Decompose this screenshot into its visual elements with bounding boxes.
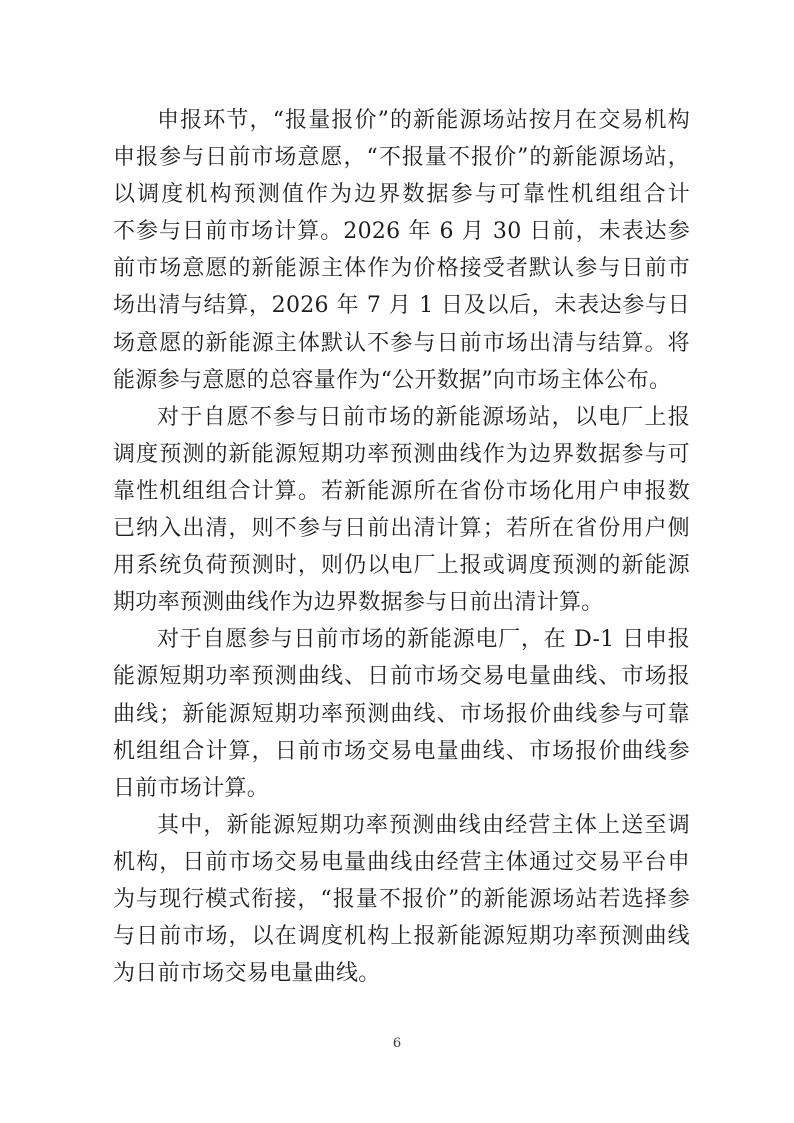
paragraph-1-line: 申报环节，“报量报价”的新能源场站按月在交易机构 <box>113 102 690 139</box>
paragraph-1-line: 场出清与结算，2026 年 7 月 1 日及以后，未表达参与日前市 <box>113 287 690 324</box>
paragraph-2-line: 期功率预测曲线作为边界数据参与日前出清计算。 <box>113 584 690 621</box>
paragraph-4-line: 为日前市场交易电量曲线。 <box>113 955 690 992</box>
paragraph-3-line: 能源短期功率预测曲线、日前市场交易电量曲线、市场报价 <box>113 658 690 695</box>
paragraph-3-line: 机组组合计算，日前市场交易电量曲线、市场报价曲线参与 <box>113 733 690 770</box>
document-page: 申报环节，“报量报价”的新能源场站按月在交易机构 申报参与日前市场意愿，“不报量… <box>0 0 794 1123</box>
paragraph-4-line: 与日前市场，以在调度机构上报新能源短期功率预测曲线作 <box>113 918 690 955</box>
paragraph-1-line: 前市场意愿的新能源主体作为价格接受者默认参与日前市 <box>113 250 690 287</box>
paragraph-4-line: 机构，日前市场交易电量曲线由经营主体通过交易平台申报。 <box>113 844 690 881</box>
paragraph-2-line: 调度预测的新能源短期功率预测曲线作为边界数据参与可 <box>113 436 690 473</box>
paragraph-2-line: 用系统负荷预测时，则仍以电厂上报或调度预测的新能源短 <box>113 547 690 584</box>
paragraph-1-line: 能源参与意愿的总容量作为“公开数据”向市场主体公布。 <box>113 362 690 399</box>
paragraph-2-line: 靠性机组组合计算。若新能源所在省份市场化用户申报数据 <box>113 473 690 510</box>
paragraph-2-line: 对于自愿不参与日前市场的新能源场站，以电厂上报或 <box>113 399 690 436</box>
paragraph-4-line: 其中，新能源短期功率预测曲线由经营主体上送至调度 <box>113 807 690 844</box>
paragraph-3-line: 曲线；新能源短期功率预测曲线、市场报价曲线参与可靠性 <box>113 696 690 733</box>
document-body: 申报环节，“报量报价”的新能源场站按月在交易机构 申报参与日前市场意愿，“不报量… <box>113 102 690 992</box>
paragraph-1-line: 场意愿的新能源主体默认不参与日前市场出清与结算。将新 <box>113 325 690 362</box>
paragraph-1-line: 申报参与日前市场意愿，“不报量不报价”的新能源场站， <box>113 139 690 176</box>
paragraph-1-line: 不参与日前市场计算。2026 年 6 月 30 日前，未表达参与日 <box>113 213 690 250</box>
paragraph-2-line: 已纳入出清，则不参与日前出清计算；若所在省份用户侧采 <box>113 510 690 547</box>
page-number: 6 <box>393 1036 401 1051</box>
paragraph-4-line: 为与现行模式衔接，“报量不报价”的新能源场站若选择参 <box>113 881 690 918</box>
page-footer: 6 <box>0 1036 794 1051</box>
paragraph-1-line: 以调度机构预测值作为边界数据参与可靠性机组组合计算， <box>113 176 690 213</box>
paragraph-3-line: 日前市场计算。 <box>113 770 690 807</box>
paragraph-3-line: 对于自愿参与日前市场的新能源电厂，在 D-1 日申报新 <box>113 621 690 658</box>
